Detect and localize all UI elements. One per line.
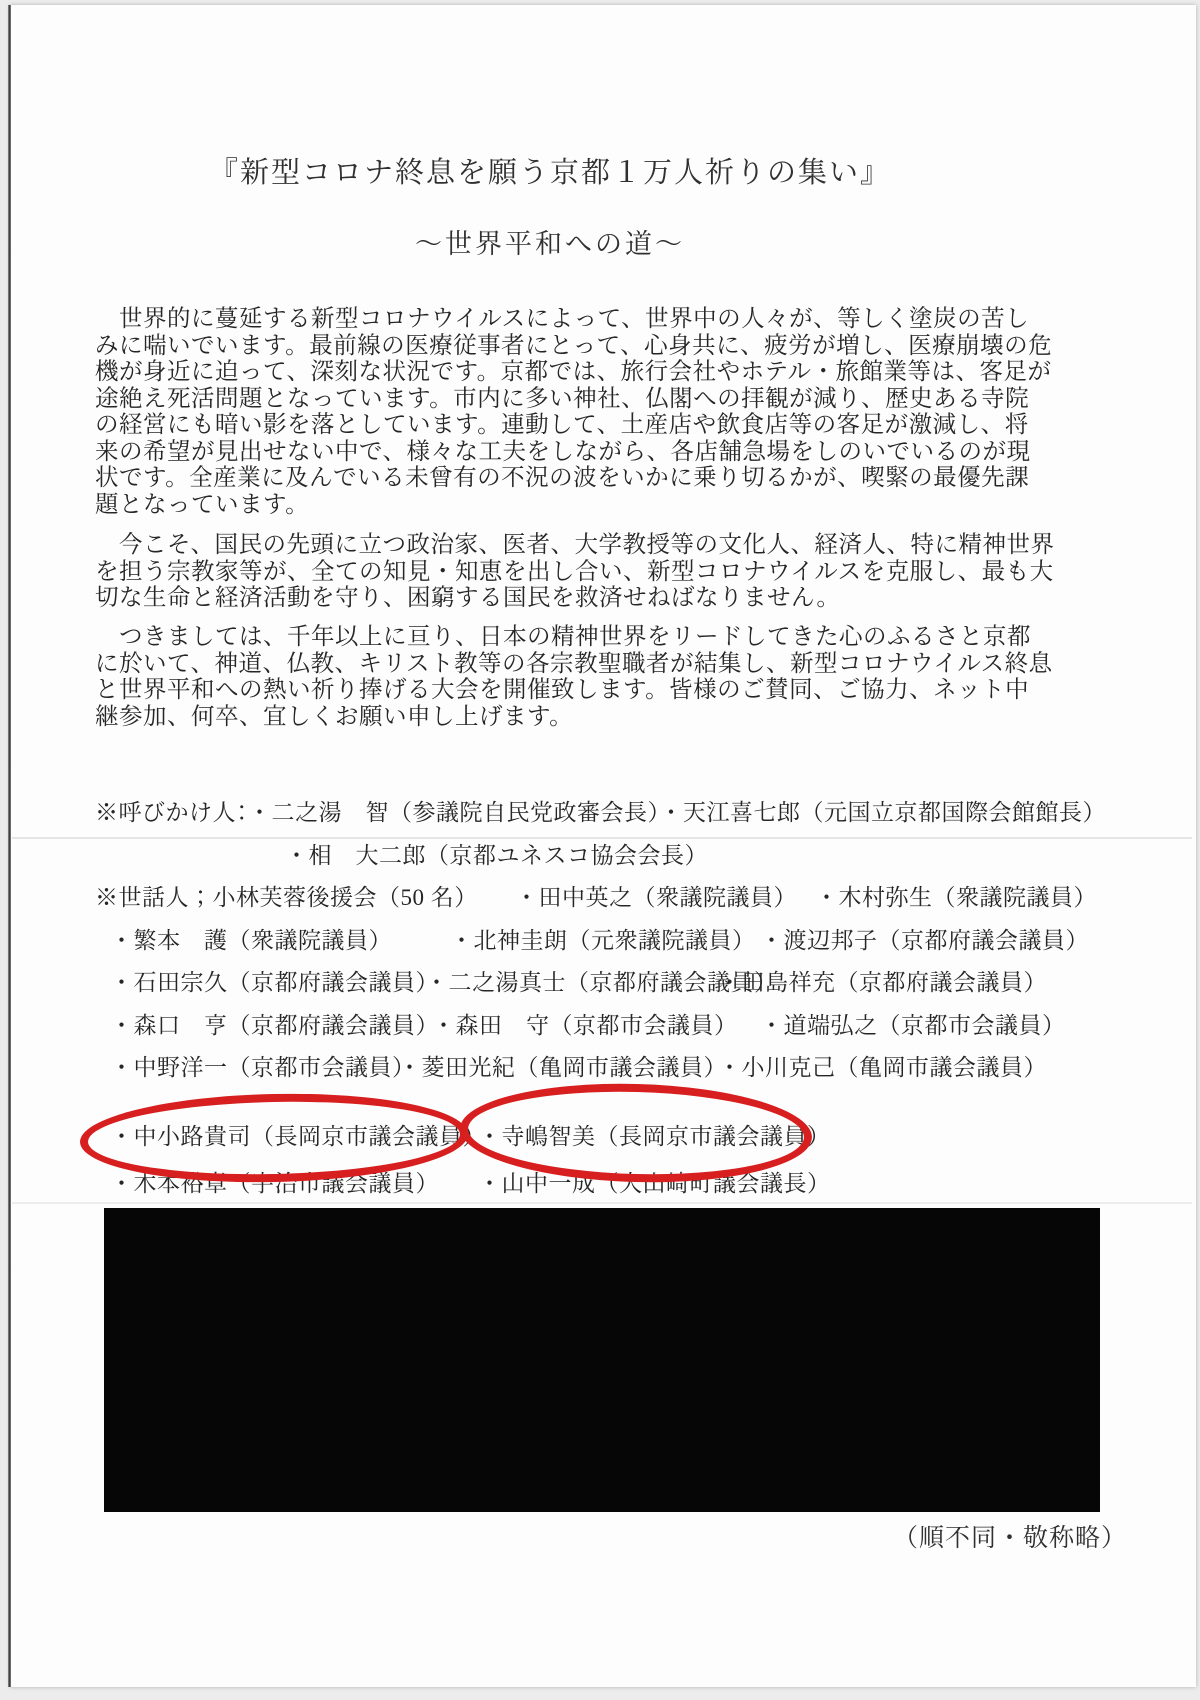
signatory-entry: ・北神圭朗（元衆議院議員） [450,926,756,956]
signatory-entry: ・中野洋一（京都市会議員） [110,1053,416,1083]
signatory-entry: ・小川克己（亀岡市議会議員） [718,1053,1047,1083]
signatory-entry: ・田中英之（衆議院議員） [515,883,797,913]
signatory-row-organizers: ※世話人；小林芙蓉後援会（50 名） ・田中英之（衆議院議員） ・木村弥生（衆議… [0,883,1200,917]
signatory-entry: ・木村弥生（衆議院議員） [815,883,1097,913]
signatory-entry: ・石田宗久（京都府議会議員） [110,968,439,998]
redaction-box [104,1208,1100,1512]
signatory-entry: ※呼びかけ人：・二之湯 智（参議院自民党政審会長）・天江喜七郎（元国立京都国際会… [95,798,1106,828]
signatory-row: ・中野洋一（京都市会議員） ・菱田光紀（亀岡市議会議員） ・小川克己（亀岡市議会… [0,1053,1200,1087]
scanned-document: 『新型コロナ終息を願う京都１万人祈りの集い』 ～世界平和への道～ 世界的に蔓延す… [0,0,1200,1700]
signatory-row-callers: ※呼びかけ人：・二之湯 智（参議院自民党政審会長）・天江喜七郎（元国立京都国際会… [0,798,1200,832]
signatory-entry: ・渡辺邦子（京都府議会議員） [760,926,1089,956]
signatory-entry: ・田島祥充（京都府議会議員） [718,968,1047,998]
footer-note: （順不同・敬称略） [893,1518,1127,1554]
signatory-entry: ・相 大二郎（京都ユネスコ協会会長） [285,841,708,871]
signatory-row-callers-2: ・相 大二郎（京都ユネスコ協会会長） [0,841,1200,875]
signatory-row: ・石田宗久（京都府議会議員） ・二之湯真士（京都府議会議員） ・田島祥充（京都府… [0,968,1200,1002]
signatory-entry: ・森口 亨（京都府議会議員） [110,1011,439,1041]
signatory-row: ・繁本 護（衆議院議員） ・北神圭朗（元衆議院議員） ・渡辺邦子（京都府議会議員… [0,926,1200,960]
signatory-row: ・森口 亨（京都府議会議員） ・森田 守（京都市会議員） ・道端弘之（京都市会議… [0,1011,1200,1045]
signatory-entry: ※世話人；小林芙蓉後援会（50 名） [95,883,478,913]
signatory-entry: ・道端弘之（京都市会議員） [760,1011,1066,1041]
signatory-entry: ・繁本 護（衆議院議員） [110,926,392,956]
signatory-entry: ・森田 守（京都市会議員） [432,1011,738,1041]
signatory-entry: ・菱田光紀（亀岡市議会議員） [398,1053,727,1083]
